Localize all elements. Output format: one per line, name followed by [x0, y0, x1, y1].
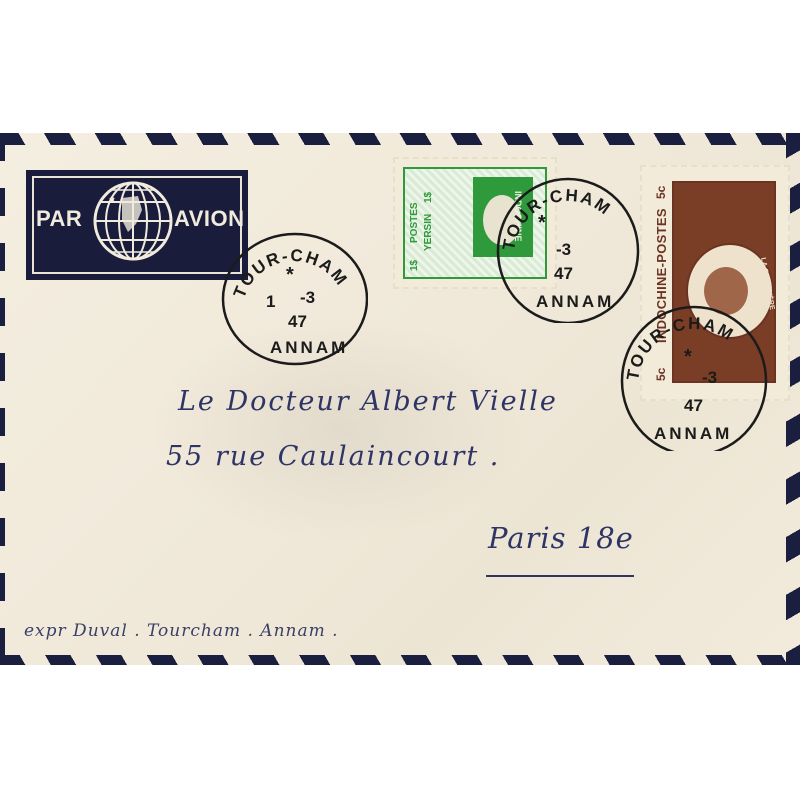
airmail-border-left — [0, 133, 5, 665]
airmail-border-top — [0, 133, 800, 145]
address-city: Paris 18e — [488, 521, 634, 555]
label-par-text: PAR — [36, 206, 82, 232]
address-city-underline — [486, 575, 634, 577]
svg-text:-3: -3 — [300, 288, 315, 307]
airmail-border-bottom — [0, 655, 800, 665]
svg-text:*: * — [684, 346, 692, 368]
address-recipient: Le Docteur Albert Vielle — [178, 386, 558, 417]
svg-text:ANNAM: ANNAM — [536, 292, 614, 311]
svg-text:ANNAM: ANNAM — [270, 338, 348, 357]
postmark-tour-cham: TOUR-CHAM * 1 -3 47 ANNAM — [218, 223, 368, 373]
svg-text:47: 47 — [554, 264, 573, 283]
svg-text:47: 47 — [684, 396, 703, 415]
stamp-postes: POSTES — [409, 202, 420, 243]
par-avion-label: PAR AVION — [26, 170, 248, 280]
postmark-tour-cham: TOUR-CHAM * -3 47 ANNAM — [618, 301, 768, 451]
envelope: PAR AVION TOUR-CHAM * 1 -3 47 ANNAM — [0, 133, 800, 665]
stamp-value-right: 1$ — [423, 192, 434, 203]
stamp-value-top: 5c — [654, 186, 668, 199]
svg-text:*: * — [286, 264, 294, 286]
svg-text:-3: -3 — [702, 368, 717, 387]
svg-text:-3: -3 — [556, 240, 571, 259]
svg-text:TOUR-CHAM: TOUR-CHAM — [623, 314, 738, 382]
stamp-value-left: 1$ — [409, 260, 420, 271]
address-street: 55 rue Caulaincourt . — [166, 441, 500, 472]
svg-text:47: 47 — [288, 312, 307, 331]
svg-text:*: * — [538, 212, 546, 234]
sender-line: expr Duval . Tourcham . Annam . — [24, 621, 339, 641]
svg-text:1: 1 — [266, 292, 275, 311]
svg-text:ANNAM: ANNAM — [654, 424, 732, 443]
stamp-subject: YERSIN — [423, 214, 434, 251]
globe-icon — [92, 180, 174, 262]
